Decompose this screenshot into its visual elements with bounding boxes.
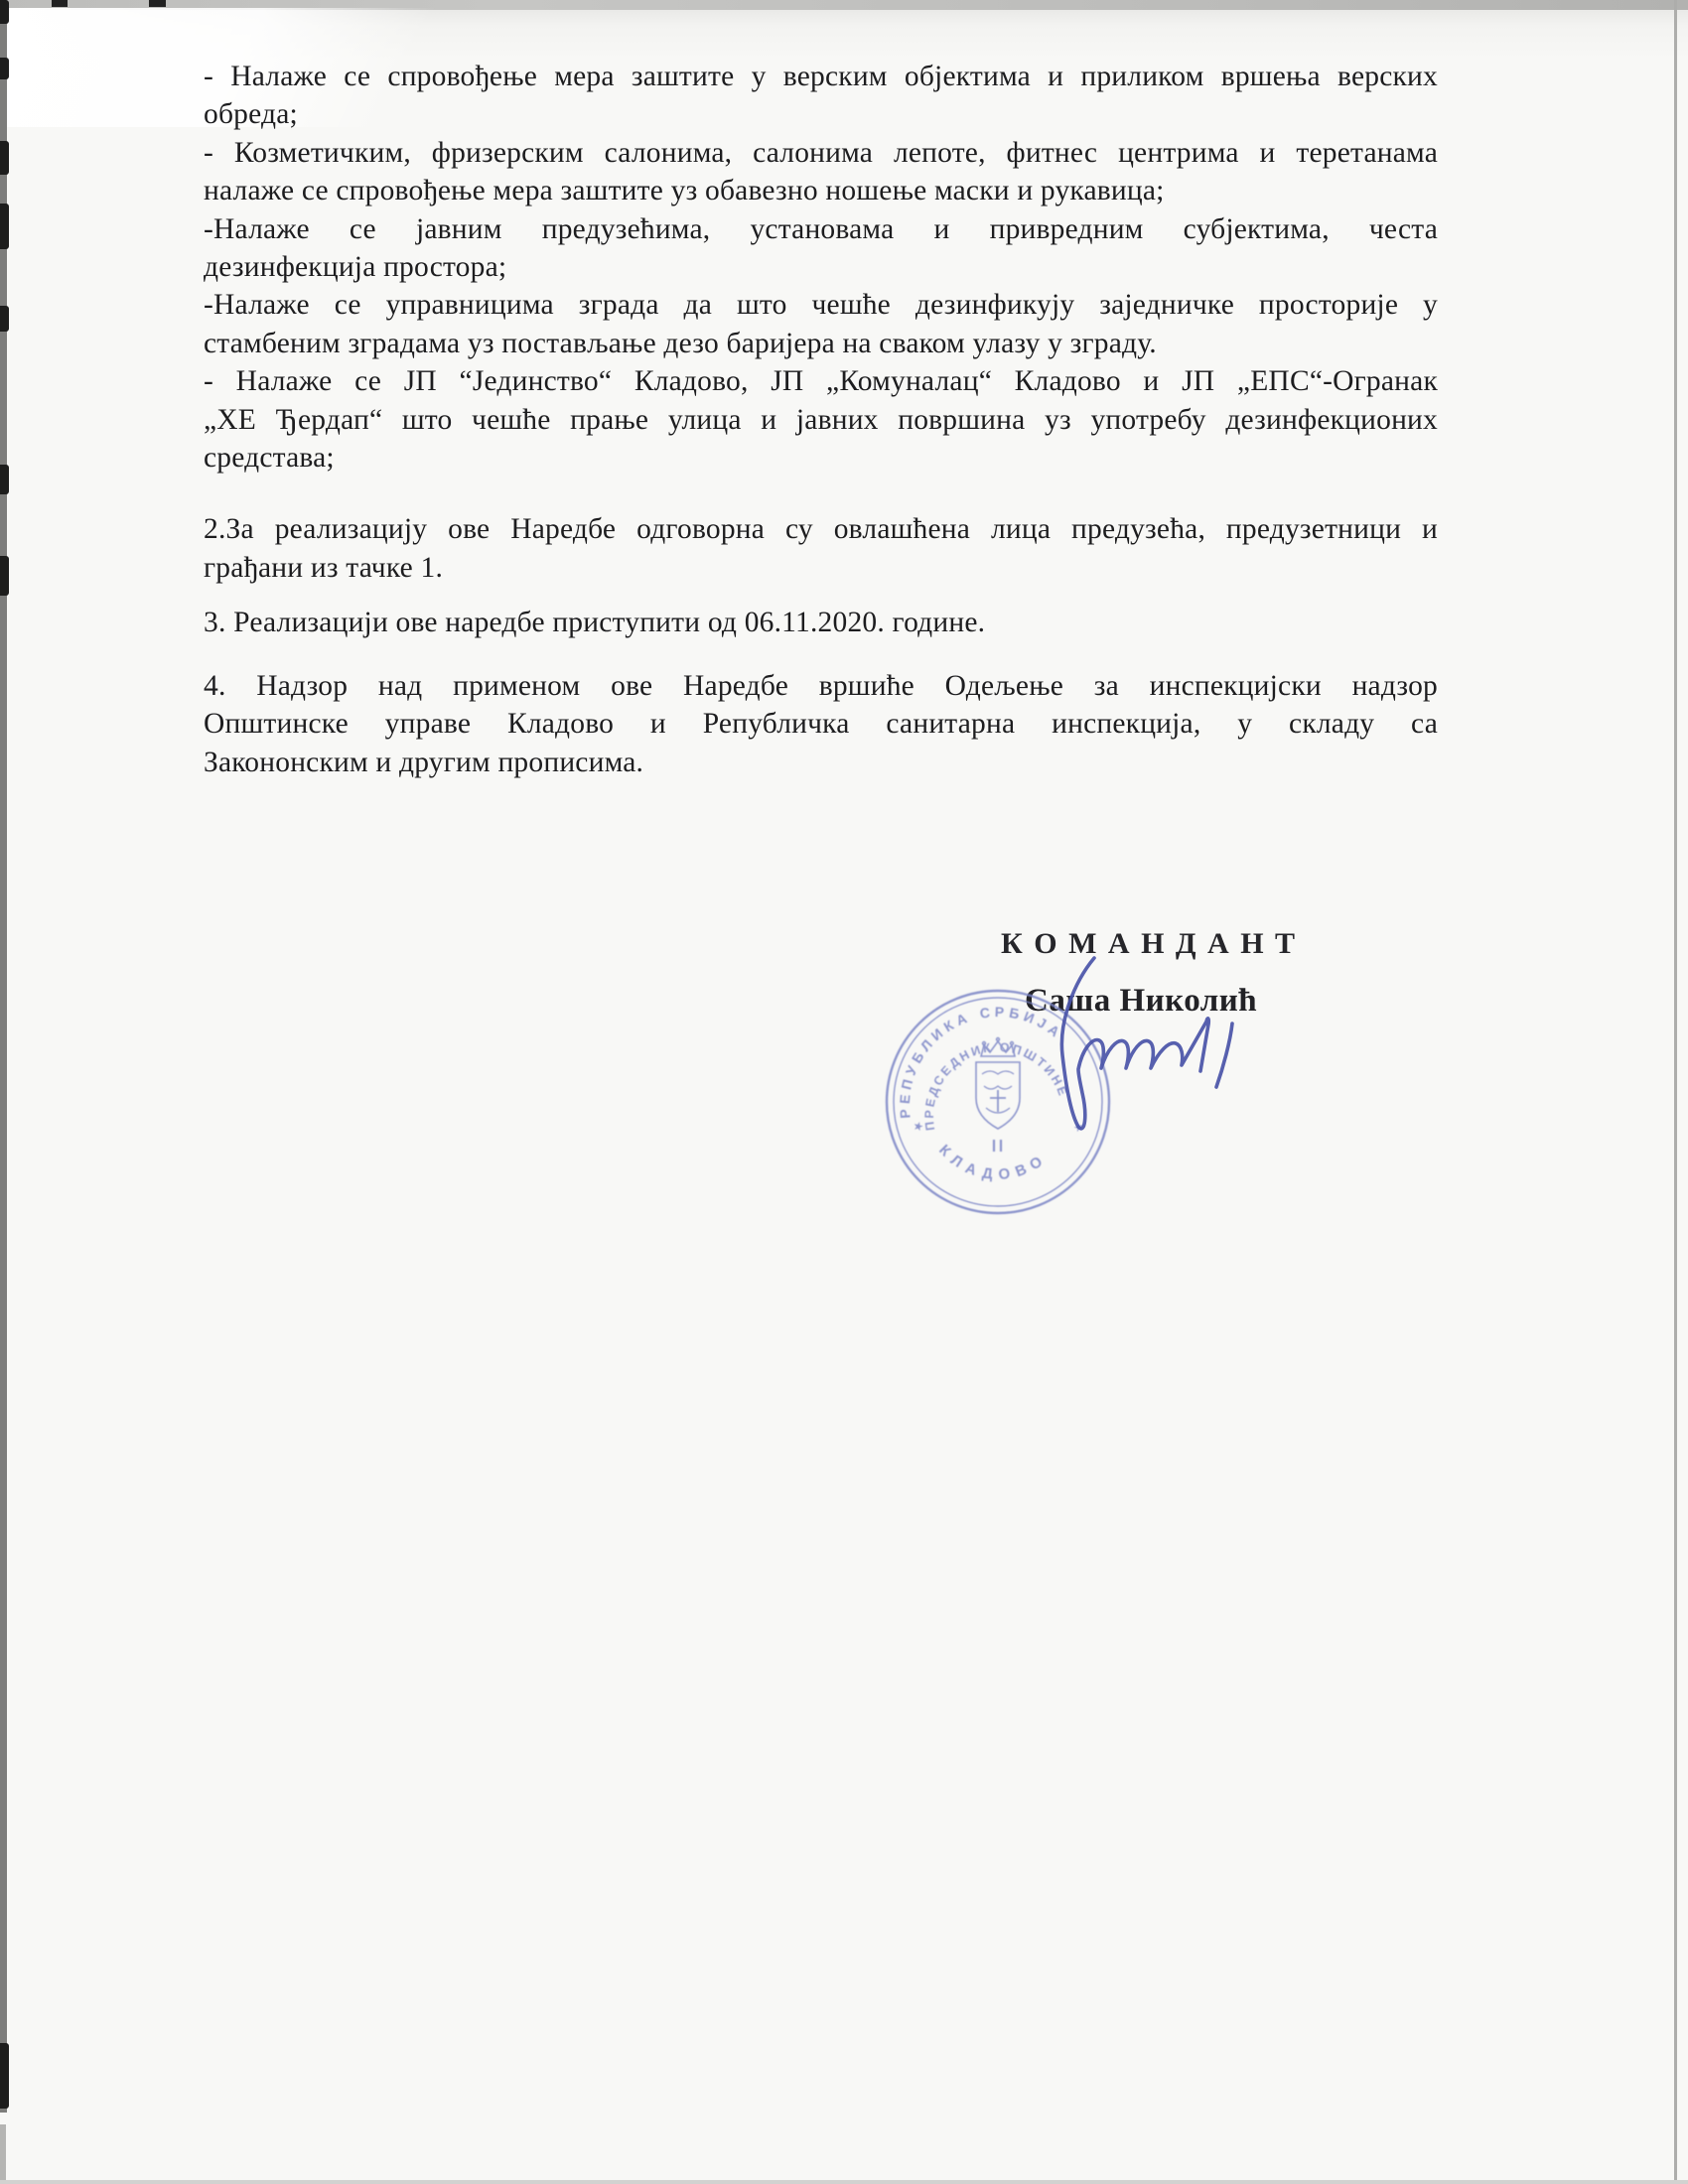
bullet-item: - Налаже се ЈП “Јединство“ Кладово, ЈП „…: [204, 362, 1438, 477]
numbered-item-2: 2.За реализацију ове Наредбе одговорна с…: [204, 510, 1438, 587]
bullet-item: -Налаже се јавним предузећима, установам…: [204, 210, 1438, 287]
scan-artifact: [0, 58, 9, 79]
scan-artifact: [0, 306, 9, 332]
document-body: - Налаже се спровођење мера заштите у ве…: [204, 58, 1438, 781]
text-line: 3. Реализацији ове наредбе приступити од…: [204, 604, 1438, 641]
signature-ink: [1013, 938, 1291, 1166]
scan-artifact: [0, 556, 9, 596]
scan-artifact: [0, 465, 9, 494]
text-line: 2.За реализацију ове Наредбе одговорна с…: [204, 510, 1438, 548]
scan-bottom-edge: [0, 2180, 1688, 2184]
text-line: налаже се спровођење мера заштите уз оба…: [204, 172, 1438, 209]
text-line: „ХЕ Ђердап“ што чешће прање улица и јавн…: [204, 401, 1438, 439]
text-line: обреда;: [204, 95, 1438, 133]
text-line: Општинске управе Кладово и Републичка са…: [204, 705, 1438, 743]
text-line: стамбеним зградама уз постављање дезо ба…: [204, 325, 1438, 362]
text-line: 4. Надзор над применом ове Наредбе вршић…: [204, 667, 1438, 705]
text-line: - Налаже се ЈП “Јединство“ Кладово, ЈП „…: [204, 362, 1438, 400]
text-line: -Налаже се управницима зграда да што чеш…: [204, 286, 1438, 324]
scanned-document-page: - Налаже се спровођење мера заштите у ве…: [0, 0, 1688, 2184]
scan-left-edge-lower: [0, 2124, 6, 2184]
scan-artifact: [0, 141, 9, 175]
text-line: грађани из тачке 1.: [204, 549, 1438, 587]
text-line: дезинфекција простора;: [204, 248, 1438, 286]
scan-artifact: [0, 0, 9, 24]
scan-right-edge: [1674, 0, 1677, 2184]
text-line: Закононским и другим прописима.: [204, 744, 1438, 781]
scan-artifact: [52, 0, 68, 7]
numbered-item-3: 3. Реализацији ове наредбе приступити од…: [204, 604, 1438, 641]
scan-artifact: [149, 0, 166, 7]
text-line: средстава;: [204, 439, 1438, 477]
text-line: -Налаже се јавним предузећима, установам…: [204, 210, 1438, 248]
bullet-item: - Налаже се спровођење мера заштите у ве…: [204, 58, 1438, 134]
scan-artifact: [0, 2043, 9, 2109]
scan-artifact: [0, 204, 9, 249]
bullet-item: - Козметичким, фризерским салонима, сало…: [204, 134, 1438, 210]
bullet-item: -Налаже се управницима зграда да што чеш…: [204, 286, 1438, 362]
text-line: - Козметичким, фризерским салонима, сало…: [204, 134, 1438, 172]
numbered-item-4: 4. Надзор над применом ове Наредбе вршић…: [204, 667, 1438, 781]
text-line: - Налаже се спровођење мера заштите у ве…: [204, 58, 1438, 95]
